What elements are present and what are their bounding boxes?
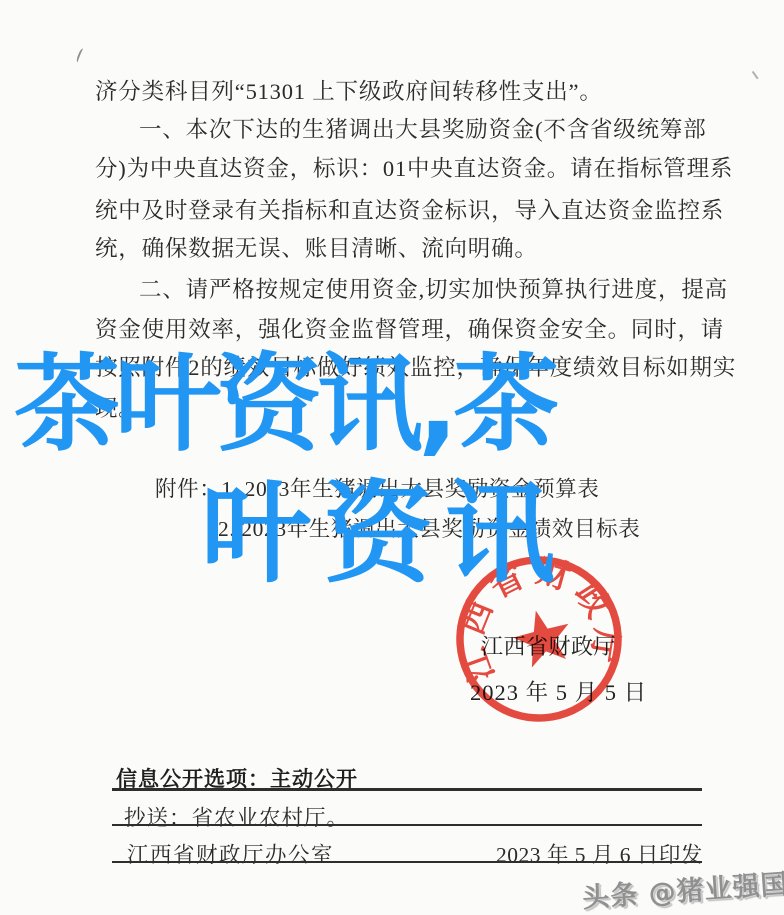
issuing-office: 江西省财政厅办公室 <box>127 838 334 869</box>
body-line: 分)为中央直达资金，标识：01中央直达资金。请在指标管理系 <box>95 151 733 183</box>
scan-pen-mark <box>75 48 85 64</box>
scan-speck <box>752 70 760 80</box>
body-line: 统中及时登录有关指标和直达资金标识，导入直达资金监控系 <box>95 193 724 225</box>
watermark-line-2: 叶资讯 <box>201 479 567 589</box>
body-line: 二、请严格按规定使用资金,切实加快预算执行进度，提高 <box>139 272 728 304</box>
cc-line: 抄送：省农业农村厅。 <box>124 801 349 832</box>
divider-line <box>112 788 702 791</box>
seal-star-icon <box>508 604 576 670</box>
divider-line <box>112 824 702 826</box>
body-line: 济分类科目列“51301 上下级政府间转移性支出”。 <box>95 74 603 106</box>
scanned-document-page: { "watermark": { "line1": "茶叶资讯,茶", "lin… <box>0 0 784 915</box>
toutiao-watermark: 头条 @猪业强国 <box>580 862 784 915</box>
print-date: 2023 年 5 月 6 日印发 <box>496 838 703 869</box>
divider-line <box>112 861 702 863</box>
body-line: 资金使用效率，强化资金监督管理，确保资金安全。同时，请 <box>95 312 724 344</box>
watermark-line-1: 茶叶资讯,茶 <box>14 352 554 458</box>
body-line: 一、本次下达的生猪调出大县奖励资金(不含省级统筹部 <box>139 112 707 144</box>
body-line: 统，确保数据无误、账目清晰、流向明确。 <box>95 231 538 263</box>
